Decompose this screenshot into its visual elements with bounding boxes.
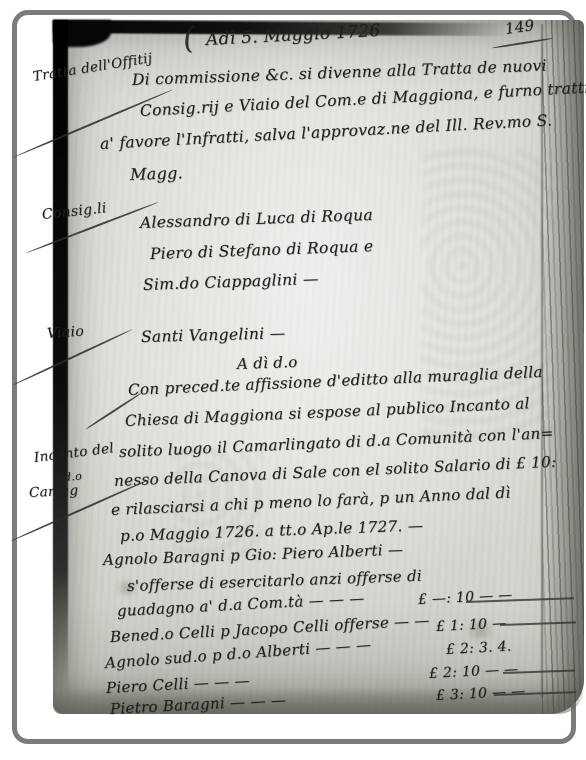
entry-tratta-line: Magg.: [130, 163, 184, 184]
manuscript-scan-page: 149 ( Adì 5. Maggio 1726 Tratta dell'Off…: [0, 0, 586, 760]
scan-left-shadow-edge: [53, 20, 68, 693]
margin-label-viaio: Viaio: [46, 323, 84, 342]
subheader-date: A dì d.o: [237, 353, 298, 373]
viaio-name: Santi Vangelini —: [141, 324, 286, 346]
bid-amount: £ 2: 3. 4.: [446, 639, 512, 658]
margin-label-incanto: Camag: [29, 482, 79, 501]
